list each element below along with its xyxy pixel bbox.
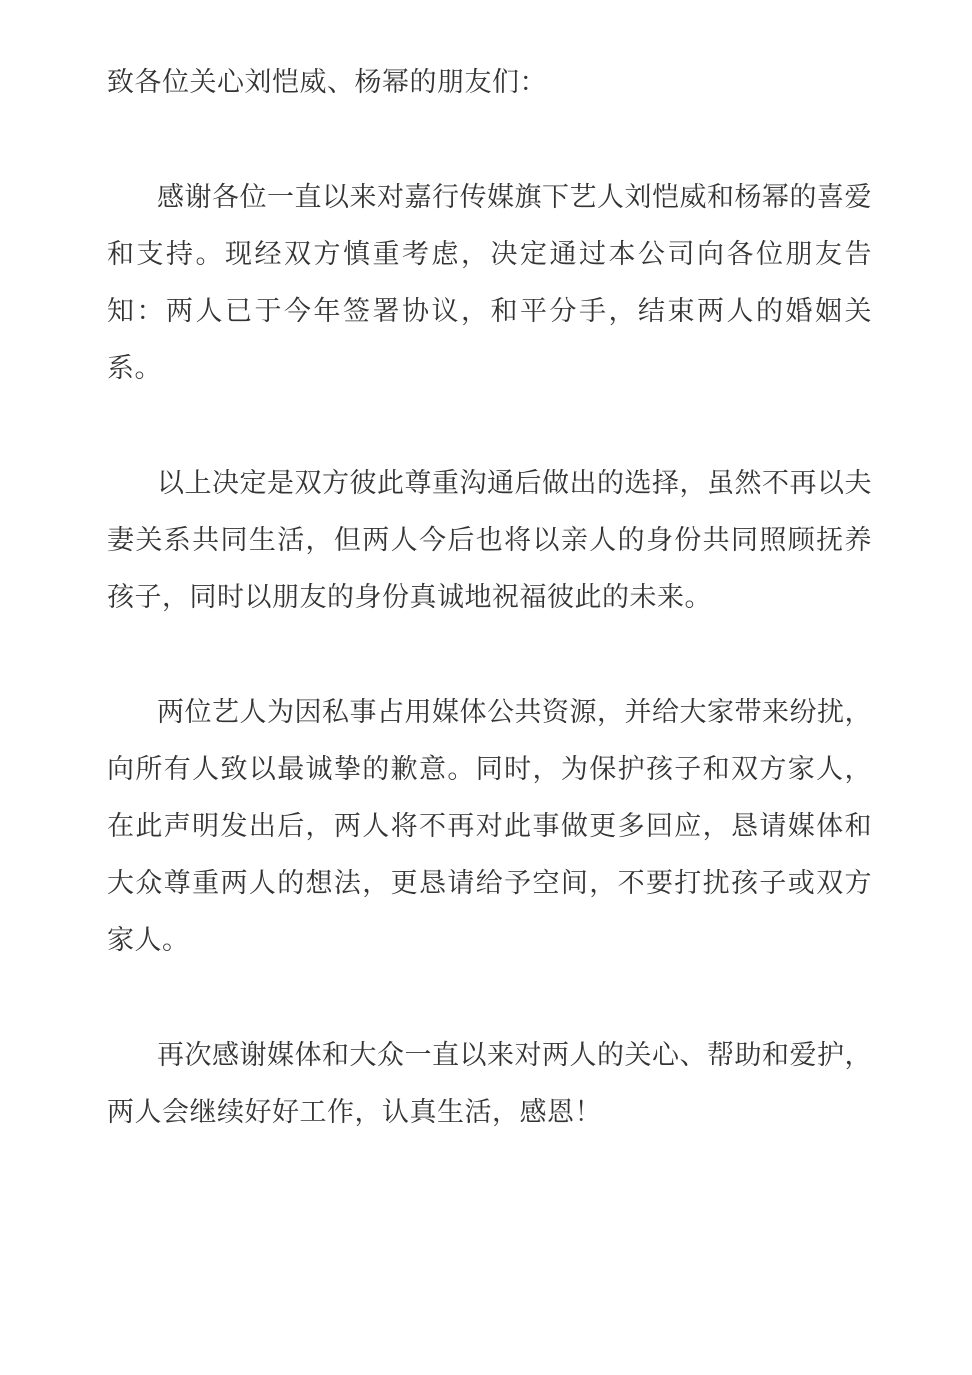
statement-page: 致各位关心刘恺威、杨幂的朋友们： 感谢各位一直以来对嘉行传媒旗下艺人刘恺威和杨幂… (0, 0, 972, 1375)
paragraph-apology-request: 两位艺人为因私事占用媒体公共资源，并给大家带来纷扰，向所有人致以最诚挚的歉意。同… (107, 684, 872, 969)
paragraph-announcement: 感谢各位一直以来对嘉行传媒旗下艺人刘恺威和杨幂的喜爱和支持。现经双方慎重考虑，决… (107, 169, 872, 397)
paragraph-decision-details: 以上决定是双方彼此尊重沟通后做出的选择，虽然不再以夫妻关系共同生活，但两人今后也… (107, 455, 872, 626)
salutation-line: 致各位关心刘恺威、杨幂的朋友们： (107, 54, 872, 111)
paragraph-closing-thanks: 再次感谢媒体和大众一直以来对两人的关心、帮助和爱护，两人会继续好好工作，认真生活… (107, 1027, 872, 1141)
